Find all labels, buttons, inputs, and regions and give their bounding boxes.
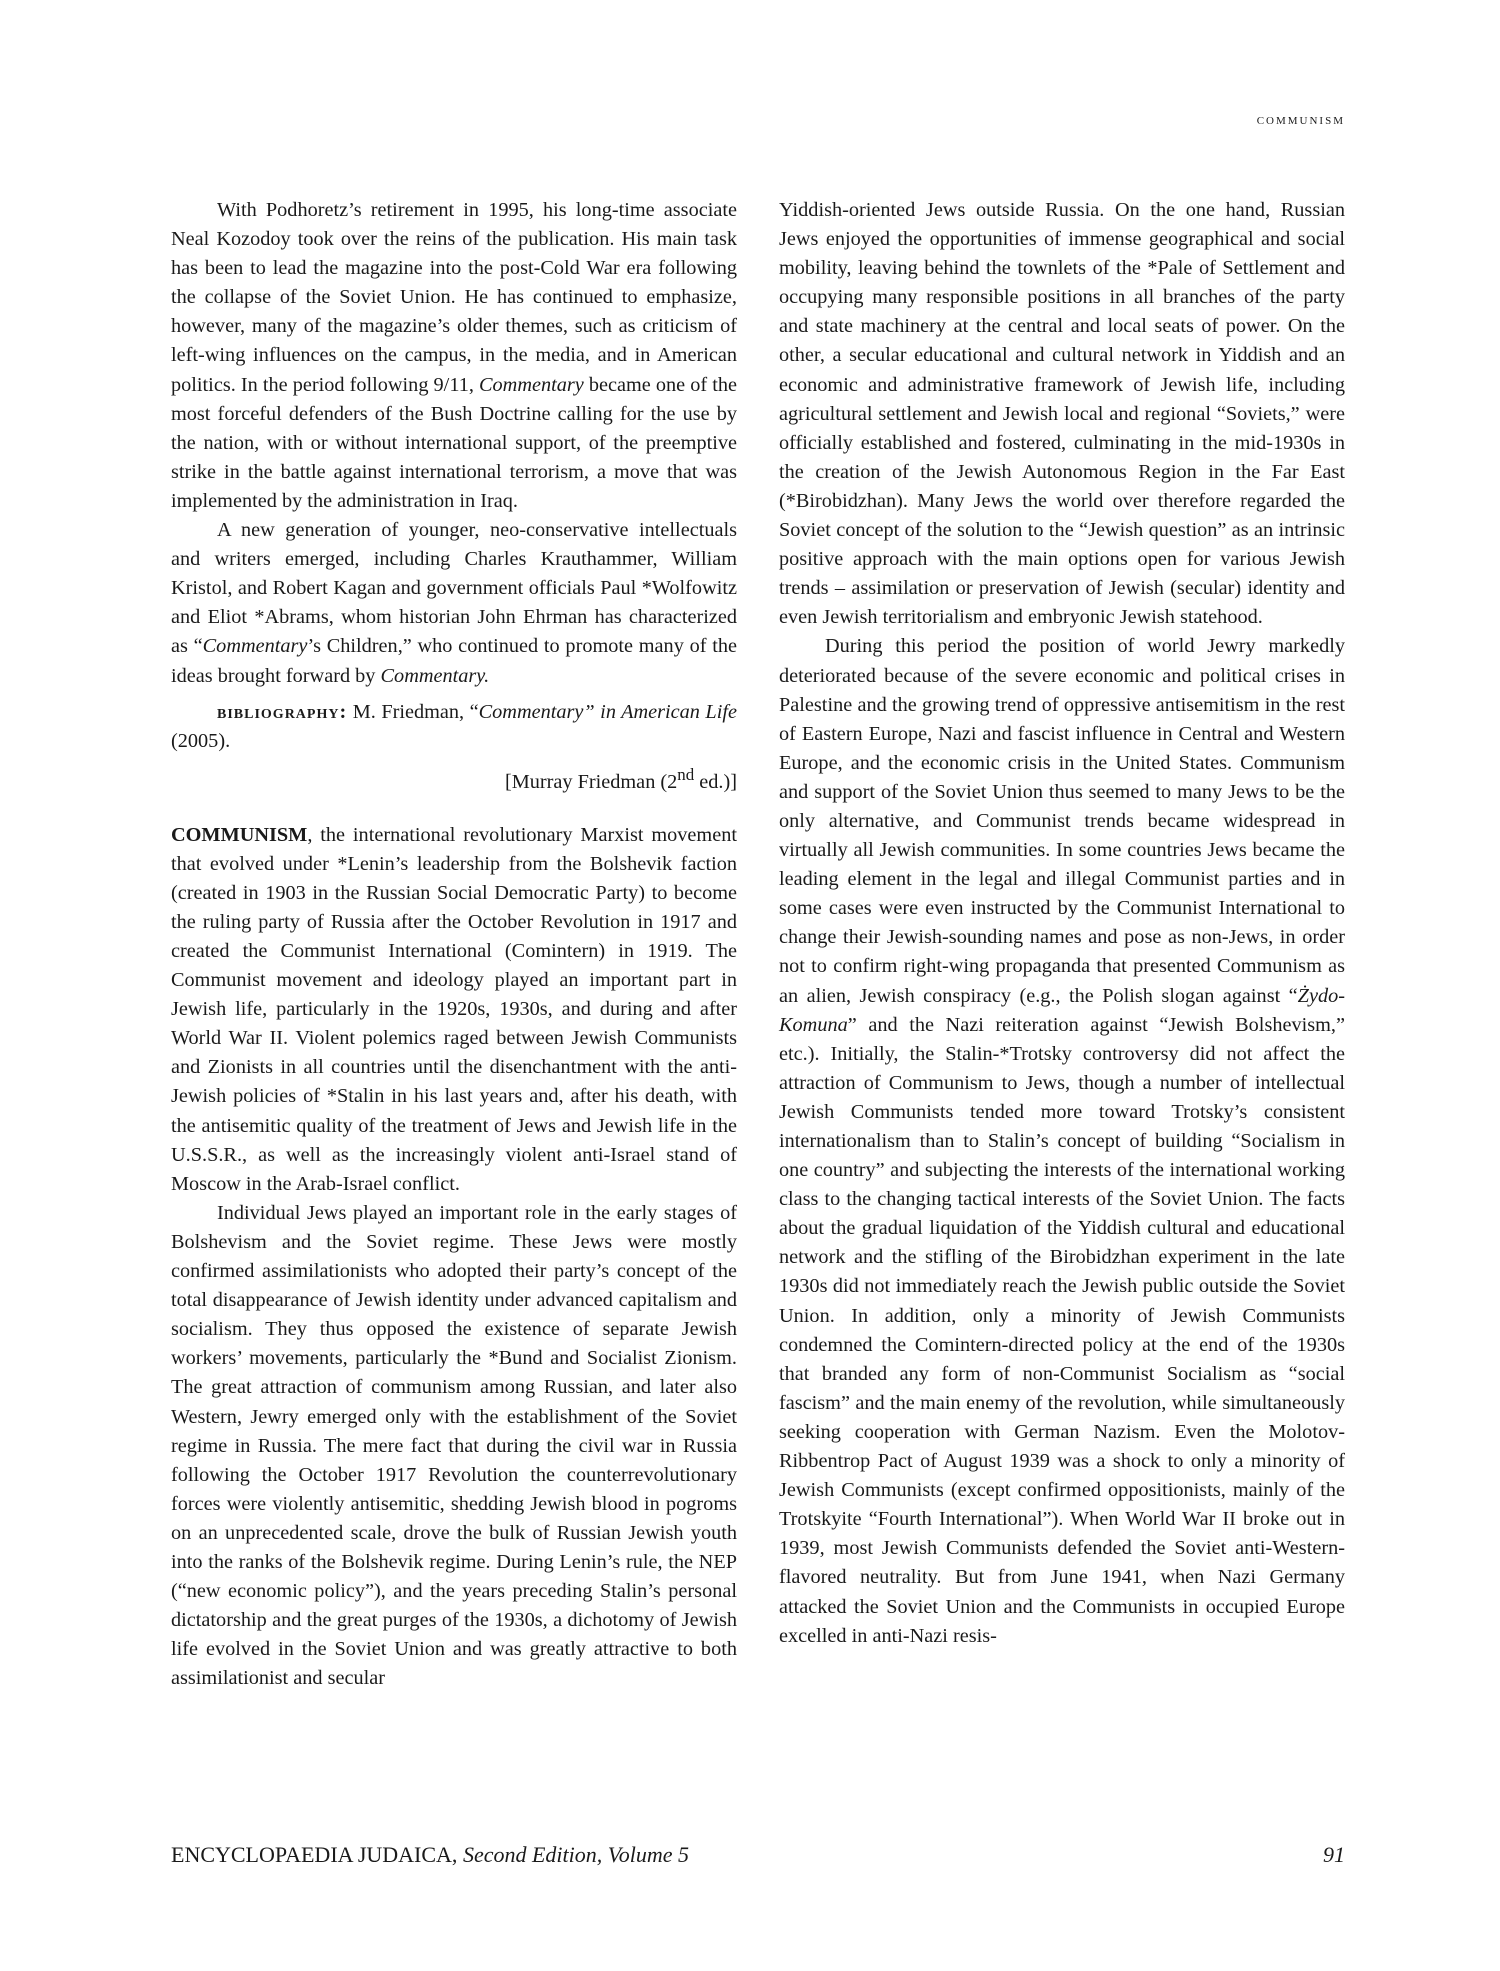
text: , the international revolutionary Marxis… — [171, 824, 737, 1195]
footer-title: ENCYCLOPAEDIA JUDAICA, Second Edition, V… — [171, 1842, 689, 1868]
bibliography: Bibliography: M. Friedman, “Commentary” … — [171, 698, 737, 756]
paragraph: During this period the position of world… — [779, 632, 1345, 1650]
text: ” and the Nazi reiteration against “Jewi… — [779, 1014, 1345, 1647]
italic-text: Commentary — [479, 374, 584, 396]
left-column: With Podhoretz’s retirement in 1995, his… — [171, 196, 737, 1693]
entry-headword: COMMUNISM — [171, 824, 307, 846]
italic-text: Commentary. — [381, 665, 490, 687]
superscript: nd — [677, 765, 694, 784]
text: During this period the position of world… — [779, 635, 1345, 1006]
text: With Podhoretz’s retirement in 1995, his… — [171, 199, 737, 396]
paragraph: With Podhoretz’s retirement in 1995, his… — [171, 196, 737, 516]
text: [Murray Friedman (2 — [505, 771, 677, 793]
text: ed.)] — [694, 771, 737, 793]
bibliography-label: Bibliography: — [217, 701, 347, 723]
entry-paragraph: COMMUNISM, the international revolutiona… — [171, 821, 737, 1199]
italic-text: Commentary” in American Life — [479, 701, 737, 723]
page-number: 91 — [1323, 1842, 1345, 1868]
paragraph: Individual Jews played an important role… — [171, 1199, 737, 1694]
text: M. Friedman, “ — [347, 701, 478, 723]
italic-text: Second Edition, Volume 5 — [457, 1842, 689, 1867]
author-signature: [Murray Friedman (2nd ed.)] — [171, 760, 737, 797]
paragraph: Yiddish-oriented Jews outside Russia. On… — [779, 196, 1345, 632]
paragraph: A new generation of younger, neo-conserv… — [171, 516, 737, 691]
italic-text: Commentary — [203, 635, 308, 657]
running-head: COMMUNISM — [1257, 112, 1345, 129]
text: (2005). — [171, 730, 230, 752]
text: ENCYCLOPAEDIA JUDAICA, — [171, 1842, 457, 1867]
right-column: Yiddish-oriented Jews outside Russia. On… — [779, 196, 1345, 1651]
